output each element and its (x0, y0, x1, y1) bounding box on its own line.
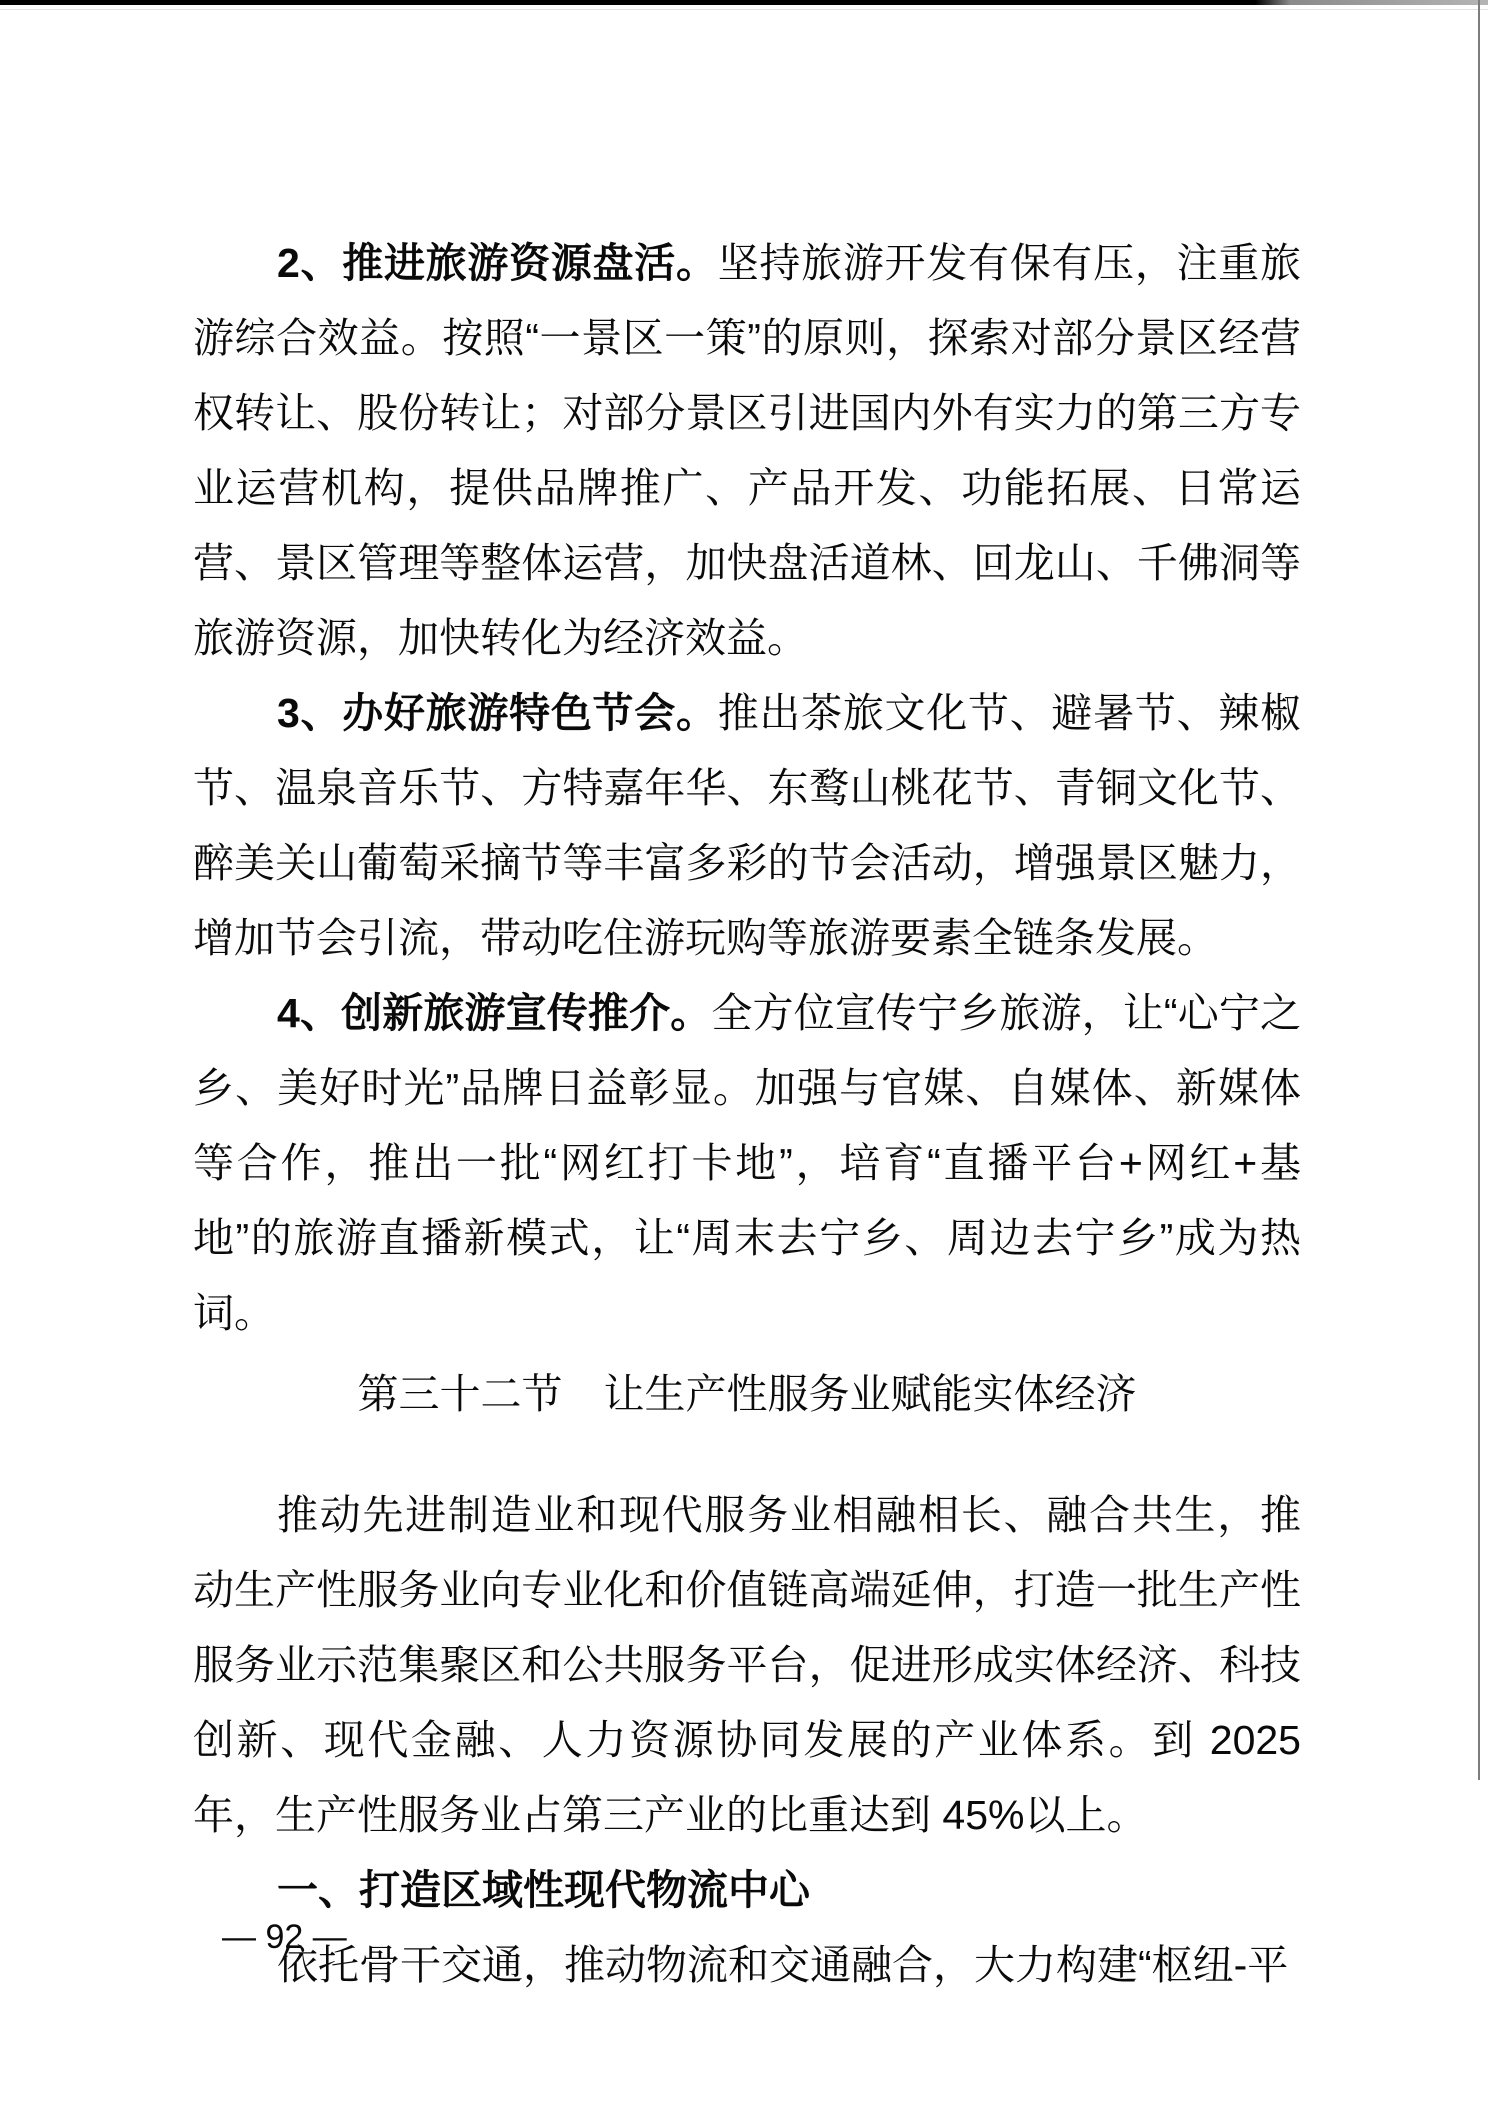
paragraph-text: 推动先进制造业和现代服务业相融相长、融合共生，推动生产性服务业向专业化和价值链高… (193, 1492, 1301, 1838)
scan-edge-artifact-top (0, 0, 1488, 5)
scan-edge-artifact-right (1478, 0, 1480, 1780)
paragraph-tourism-resources: 2、推进旅游资源盘活。坚持旅游开发有保有压，注重旅游综合效益。按照“一景区一策”… (193, 226, 1301, 676)
section-heading: 第三十二节 让生产性服务业赋能实体经济 (193, 1357, 1301, 1432)
paragraph-lead: 一、打造区域性现代物流中心 (277, 1867, 810, 1913)
paragraph-lead: 3、办好旅游特色节会。 (277, 690, 718, 736)
paragraph-productive-services: 推动先进制造业和现代服务业相融相长、融合共生，推动生产性服务业向专业化和价值链高… (193, 1478, 1301, 1853)
page-content: 2、推进旅游资源盘活。坚持旅游开发有保有压，注重旅游综合效益。按照“一景区一策”… (193, 226, 1301, 2003)
paragraph-text: 全方位宣传宁乡旅游，让“心宁之乡、美好时光”品牌日益彰显。加强与官媒、自媒体、新… (193, 990, 1301, 1336)
paragraph-text: 依托骨干交通，推动物流和交通融合，大力构建“枢纽-平 (277, 1942, 1288, 1988)
page-number: — 92 — (222, 1915, 347, 1959)
paragraph-text: 坚持旅游开发有保有压，注重旅游综合效益。按照“一景区一策”的原则，探索对部分景区… (193, 240, 1301, 661)
scan-faint-line (0, 9, 1488, 10)
paragraph-tourism-promotion: 4、创新旅游宣传推介。全方位宣传宁乡旅游，让“心宁之乡、美好时光”品牌日益彰显。… (193, 976, 1301, 1351)
paragraph-festival-events: 3、办好旅游特色节会。推出茶旅文化节、避暑节、辣椒节、温泉音乐节、方特嘉年华、东… (193, 676, 1301, 976)
paragraph-lead: 2、推进旅游资源盘活。 (277, 240, 718, 286)
paragraph-lead: 4、创新旅游宣传推介。 (277, 990, 711, 1036)
paragraph-transport-hub: 依托骨干交通，推动物流和交通融合，大力构建“枢纽-平 (193, 1928, 1301, 2003)
subheading-logistics-center: 一、打造区域性现代物流中心 (193, 1853, 1301, 1928)
